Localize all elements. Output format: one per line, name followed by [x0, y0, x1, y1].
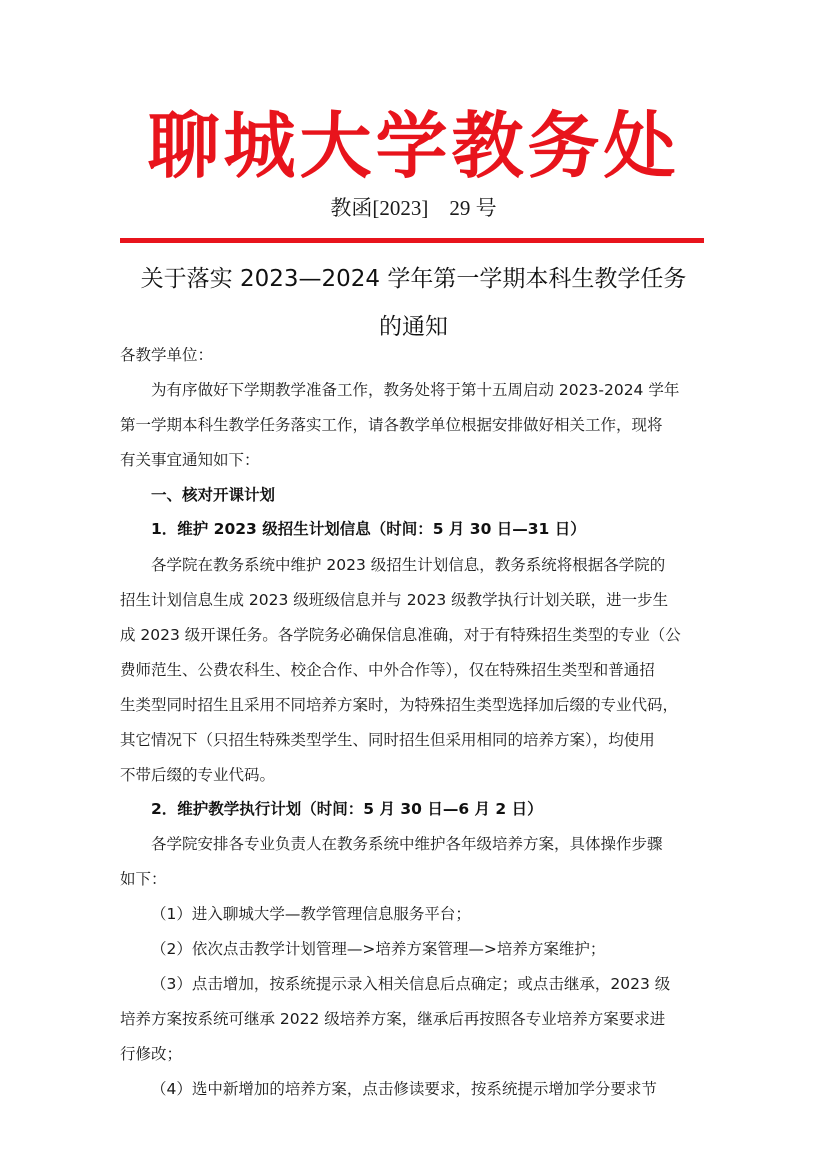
step-line: 培养方案按系统可继承 2022 级培养方案，继承后再按照各专业培养方案要求进 — [120, 1007, 710, 1031]
body-line: 各学院安排各专业负责人在教务系统中维护各年级培养方案，具体操作步骤 — [151, 832, 711, 856]
section-heading: 一、核对开课计划 — [151, 483, 711, 507]
body-line: 生类型同时招生且采用不同培养方案时，为特殊招生类型选择加后缀的专业代码， — [120, 693, 710, 717]
intro-line: 第一学期本科生教学任务落实工作，请各教学单位根据安排做好相关工作，现将 — [120, 413, 710, 437]
body-line: 费师范生、公费农科生、校企合作、中外合作等），仅在特殊招生类型和普通招 — [120, 658, 710, 682]
body-line: 如下： — [120, 867, 710, 891]
step-line: （2）依次点击教学计划管理—>培养方案管理—>培养方案维护； — [151, 937, 711, 961]
item-heading: 1．维护 2023 级招生计划信息（时间：5 月 30 日—31 日） — [151, 517, 711, 541]
step-line: （4）选中新增加的培养方案，点击修读要求，按系统提示增加学分要求节 — [151, 1077, 711, 1101]
item-heading: 2．维护教学执行计划（时间：5 月 30 日—6 月 2 日） — [151, 797, 711, 821]
notice-title-line-1: 关于落实 2023—2024 学年第一学期本科生教学任务 — [100, 261, 727, 297]
notice-title-line-2: 的通知 — [100, 309, 727, 345]
step-line: 行修改； — [120, 1042, 710, 1066]
body-line: 招生计划信息生成 2023 级班级信息并与 2023 级教学执行计划关联，进一步… — [120, 588, 710, 612]
body-line: 成 2023 级开课任务。各学院务必确保信息准确，对于有特殊招生类型的专业（公 — [120, 623, 710, 647]
intro-line: 有关事宜通知如下： — [120, 448, 710, 472]
step-line: （3）点击增加，按系统提示录入相关信息后点确定；或点击继承，2023 级 — [151, 972, 711, 996]
body-line: 其它情况下（只招生特殊类型学生、同时招生但采用相同的培养方案），均使用 — [120, 728, 710, 752]
body-line: 各学院在教务系统中维护 2023 级招生计划信息，教务系统将根据各学院的 — [151, 553, 711, 577]
masthead-title: 聊城大学教务处 — [0, 104, 827, 188]
salutation: 各教学单位： — [120, 343, 710, 367]
intro-line: 为有序做好下学期教学准备工作，教务处将于第十五周启动 2023-2024 学年 — [151, 378, 711, 402]
document-page: 聊城大学教务处 教函[2023] 29 号 关于落实 2023—2024 学年第… — [0, 0, 827, 1169]
document-number: 教函[2023] 29 号 — [0, 193, 827, 223]
body-line: 不带后缀的专业代码。 — [120, 763, 710, 787]
red-divider-rule — [120, 238, 704, 243]
step-line: （1）进入聊城大学—教学管理信息服务平台； — [151, 902, 711, 926]
